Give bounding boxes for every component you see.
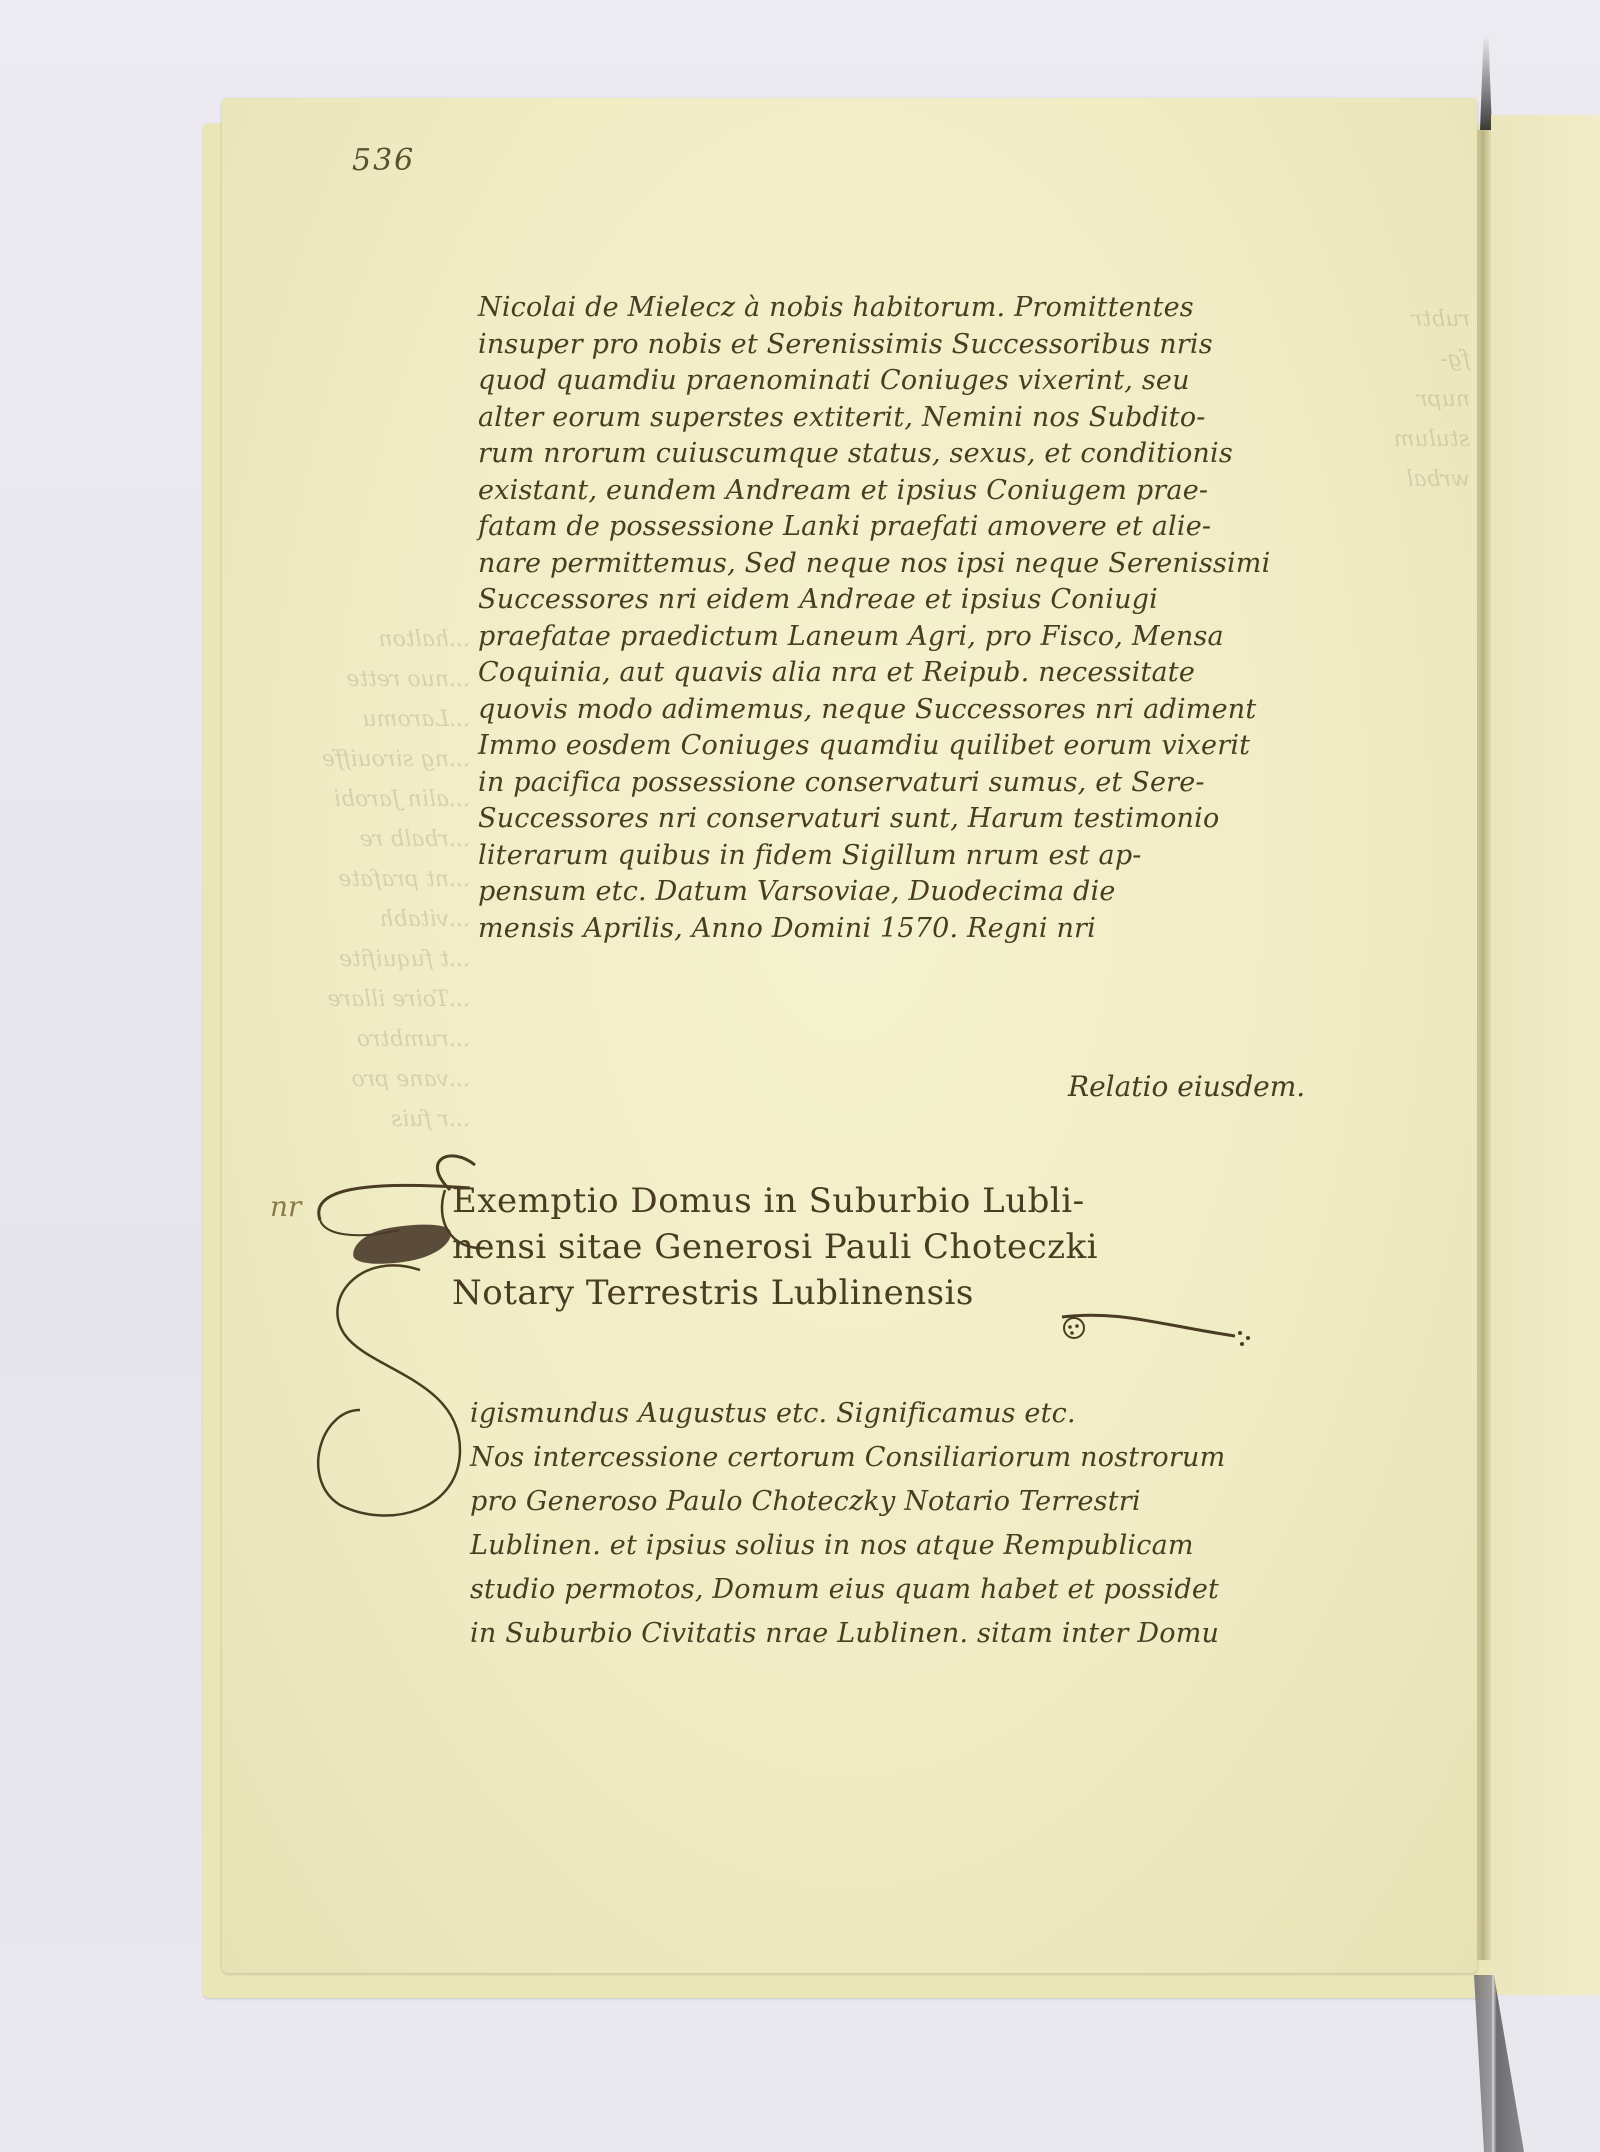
text-line: Successores nri conservaturi sunt, Harum… (478, 801, 1438, 838)
text-line: in pacifica possessione conservaturi sum… (478, 765, 1438, 802)
text-line: S igismundus Augustus etc. Significamus … (470, 1392, 1460, 1436)
decorated-initial-s-icon (300, 1260, 470, 1530)
first-line-text: igismundus Augustus etc. Significamus et… (470, 1398, 1076, 1429)
bleed-through-text-left: ...halton ...nuo rette ...Laromu ...ng s… (270, 620, 470, 1140)
heading-line: nensi sitae Generosi Pauli Choteczki (452, 1224, 1098, 1270)
heading-line: Exemptio Domus in Suburbio Lubli- (452, 1178, 1098, 1224)
text-line: mensis Aprilis, Anno Domini 1570. Regni … (478, 911, 1438, 948)
text-line: Coquinia, aut quavis alia nra et Reipub.… (478, 655, 1438, 692)
text-line: Nicolai de Mielecz à nobis habitorum. Pr… (478, 290, 1438, 327)
text-line: rum nrorum cuiuscumque status, sexus, et… (478, 436, 1438, 473)
text-line: insuper pro nobis et Serenissimis Succes… (478, 327, 1438, 364)
text-line: Nos intercessione certorum Consiliarioru… (470, 1436, 1460, 1480)
text-line: Successores nri eidem Andreae et ipsius … (478, 582, 1438, 619)
text-line: Lublinen. et ipsius solius in nos atque … (470, 1524, 1460, 1568)
text-line: quod quamdiu praenominati Coniuges vixer… (478, 363, 1438, 400)
facing-page (1491, 115, 1600, 1995)
heading-end-flourish-icon (1060, 1300, 1260, 1350)
heading-line: Notary Terrestris Lublinensis (452, 1270, 1098, 1316)
text-line: existant, eundem Andream et ipsius Coniu… (478, 473, 1438, 510)
text-line: fatam de possessione Lanki praefati amov… (478, 509, 1438, 546)
section-heading: Exemptio Domus in Suburbio Lubli- nensi … (452, 1178, 1098, 1316)
text-line: alter eorum superstes extiterit, Nemini … (478, 400, 1438, 437)
text-line: in Suburbio Civitatis nrae Lublinen. sit… (470, 1612, 1460, 1656)
text-line: pro Generoso Paulo Choteczky Notario Ter… (470, 1480, 1460, 1524)
binding-gutter (1477, 130, 1491, 1960)
text-line: Immo eosdem Coniuges quamdiu quilibet eo… (478, 728, 1438, 765)
text-line: studio permotos, Domum eius quam habet e… (470, 1568, 1460, 1612)
text-line: nare permittemus, Sed neque nos ipsi neq… (478, 546, 1438, 583)
margin-note: nr (270, 1190, 301, 1223)
folio-number: 536 (352, 143, 415, 178)
text-line: literarum quibus in fidem Sigillum nrum … (478, 838, 1438, 875)
relatio-signature: Relatio eiusdem. (1068, 1070, 1305, 1103)
text-line: quovis modo adimemus, neque Successores … (478, 692, 1438, 729)
text-line: pensum etc. Datum Varsoviae, Duodecima d… (478, 874, 1438, 911)
second-paragraph: S igismundus Augustus etc. Significamus … (470, 1392, 1460, 1656)
main-text-block: Nicolai de Mielecz à nobis habitorum. Pr… (478, 290, 1438, 947)
text-line: praefatae praedictum Laneum Agri, pro Fi… (478, 619, 1438, 656)
